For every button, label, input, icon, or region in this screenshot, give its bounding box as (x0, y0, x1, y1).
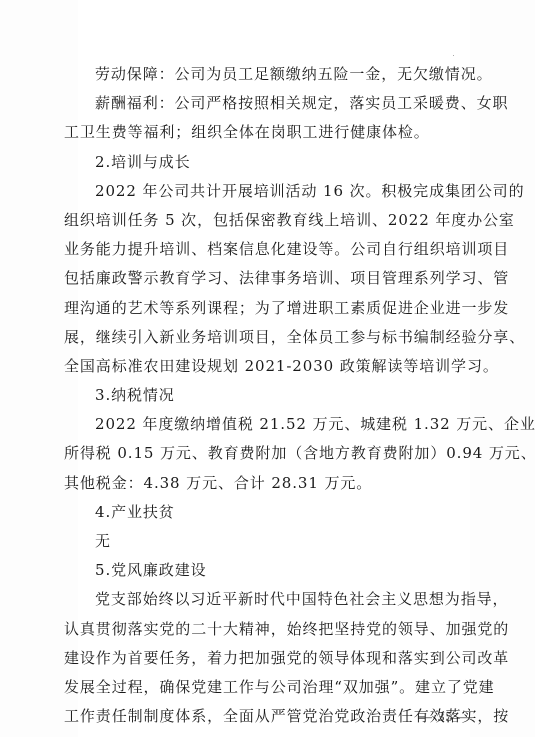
paragraph-taxes: 2022 年度缴纳增值税 21.52 万元、城建税 1.32 万元、企业 (64, 410, 469, 439)
paragraph-training-cont: 全国高标准农田建设规划 2021-2030 政策解读等培训学习。 (64, 352, 469, 381)
paragraph-training-cont: 展，继续引入新业务培训项目，全体员工参与标书编制经验分享、 (64, 323, 469, 352)
paragraph-taxes-cont: 其他税金：4.38 万元、合计 28.31 万元。 (64, 469, 469, 498)
paragraph-training-cont: 理沟通的艺术等系列课程；为了增进职工素质促进企业进一步发 (64, 294, 469, 323)
scan-artifact (453, 55, 454, 56)
paragraph-training-cont: 业务能力提升培训、档案信息化建设等。公司自行组织培训项目 (64, 235, 469, 264)
paragraph-training-cont: 包括廉政警示教育学习、法律事务培训、项目管理系列学习、管 (64, 264, 469, 293)
document-body: 劳动保障：公司为员工足额缴纳五险一金，无欠缴情况。 薪酬福利：公司严格按照相关规… (64, 60, 469, 731)
paragraph-party-integrity-cont: 发展全过程，确保党建工作与公司治理“双加强”。建立了党建 (64, 673, 469, 702)
section-heading-training: 2.培训与成长 (64, 148, 469, 177)
paragraph-training-cont: 组织培训任务 5 次，包括保密教育线上培训、2022 年度办公室 (64, 206, 469, 235)
paragraph-salary-welfare: 薪酬福利：公司严格按照相关规定，落实员工采暖费、女职 (64, 89, 469, 118)
paragraph-party-integrity-cont: 工作责任制制度体系，全面从严管党治党政治责任有效落实，按 (64, 702, 469, 731)
section-heading-poverty-alleviation: 4.产业扶贫 (64, 498, 469, 527)
paragraph-party-integrity: 党支部始终以习近平新时代中国特色社会主义思想为指导， (64, 585, 469, 614)
paragraph-salary-welfare-cont: 工卫生费等福利；组织全体在岗职工进行健康体检。 (64, 118, 469, 147)
paragraph-labor-protection: 劳动保障：公司为员工足额缴纳五险一金，无欠缴情况。 (64, 60, 469, 89)
paragraph-taxes-cont: 所得税 0.15 万元、教育费附加（含地方教育费附加）0.94 万元、 (64, 439, 469, 468)
paragraph-poverty-alleviation: 无 (64, 527, 469, 556)
page-number: — 35 — (418, 710, 473, 726)
paragraph-party-integrity-cont: 建设作为首要任务，着力把加强党的领导体现和落实到公司改革 (64, 644, 469, 673)
paragraph-training: 2022 年公司共计开展培训活动 16 次。积极完成集团公司的 (64, 177, 469, 206)
section-heading-taxes: 3.纳税情况 (64, 381, 469, 410)
paragraph-party-integrity-cont: 认真贯彻落实党的二十大精神，始终把坚持党的领导、加强党的 (64, 615, 469, 644)
section-heading-party-integrity: 5.党风廉政建设 (64, 556, 469, 585)
